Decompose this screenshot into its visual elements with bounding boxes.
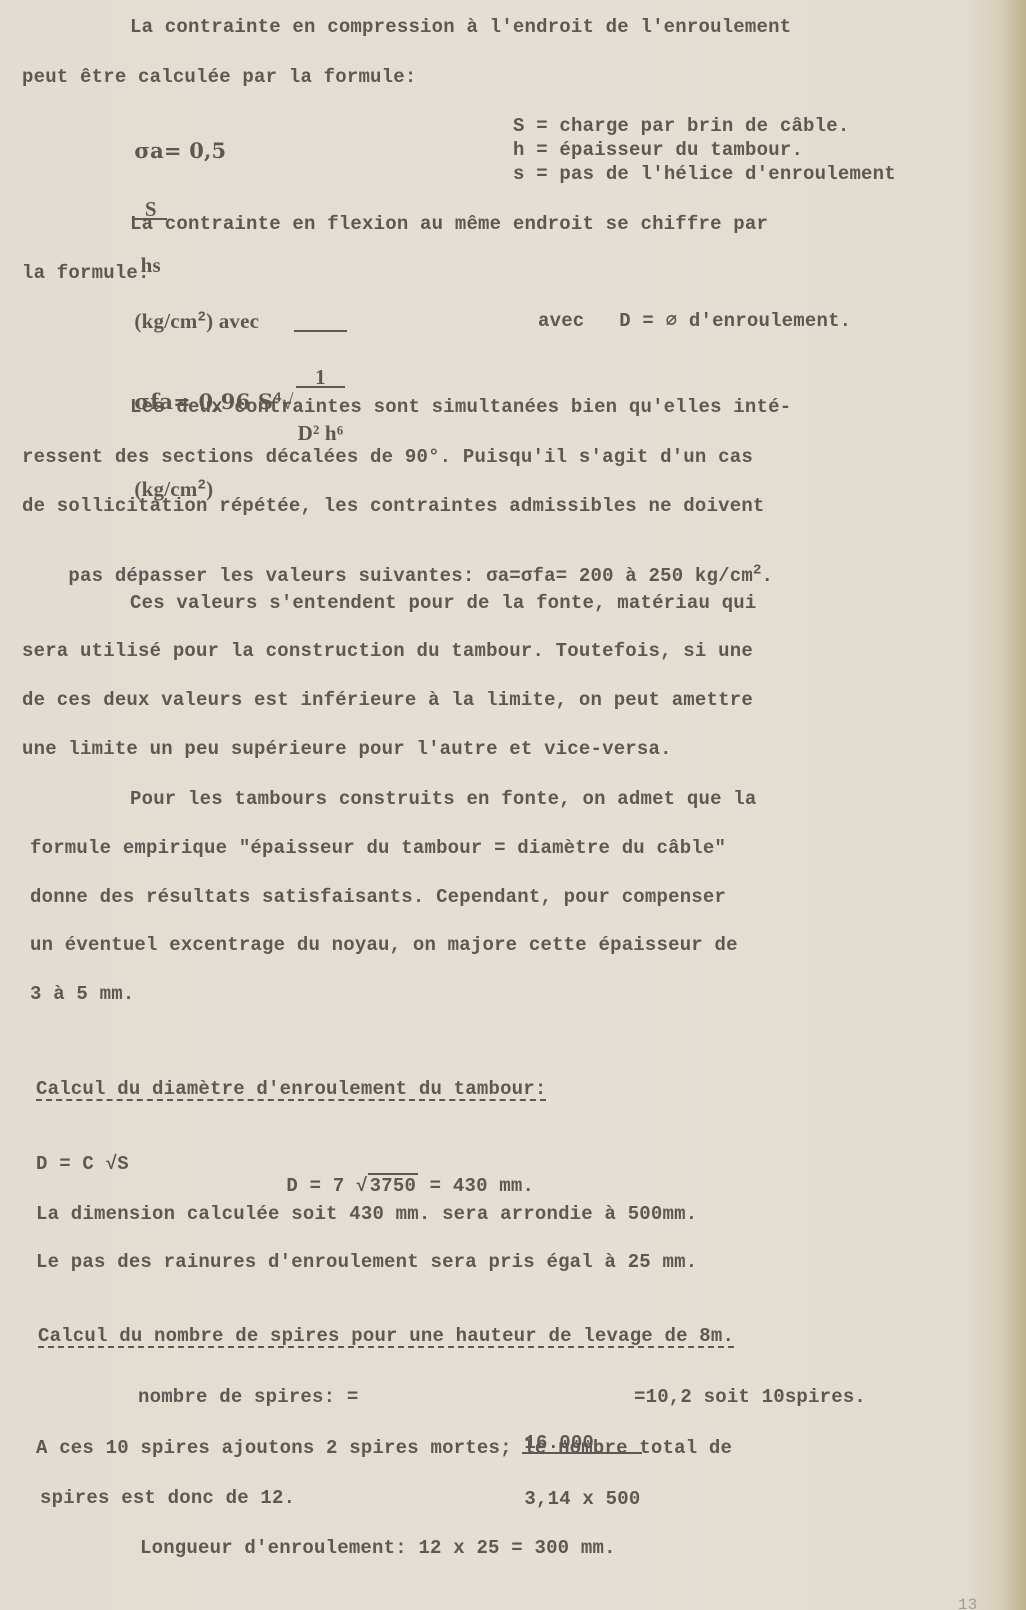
diameter-rounding-text: La dimension calculée soit 430 mm. sera … <box>36 1203 697 1225</box>
paragraph-5-line-2: formule empirique "épaisseur du tambour … <box>30 837 726 859</box>
paragraph-5-line-3: donne des résultats satisfaisants. Cepen… <box>30 886 726 908</box>
formula-diameter-general: D = C √S <box>36 1153 129 1175</box>
paragraph-3-line-3: de sollicitation répétée, les contrainte… <box>22 495 765 517</box>
fraction-denominator: D² h⁶ <box>296 424 346 442</box>
spires-calc-result: =10,2 soit 10spires. <box>634 1386 866 1408</box>
unit-exponent: 2 <box>753 563 762 579</box>
paragraph-5-line-4: un éventuel excentrage du noyau, on majo… <box>30 934 738 956</box>
radicand: 3750 <box>368 1173 418 1197</box>
allowable-stress-text: pas dépasser les valeurs suivantes: σa=σ… <box>68 565 753 587</box>
groove-pitch-text: Le pas des rainures d'enroulement sera p… <box>36 1251 697 1273</box>
formula-compression-fraction: S hs <box>134 164 167 310</box>
paragraph-3-line-2: ressent des sections décalées de 90°. Pu… <box>22 446 753 468</box>
page-number: 13 <box>958 1596 977 1610</box>
paragraph-3-line-1: Les deux contraintes sont simultanées bi… <box>130 396 791 418</box>
formula-prefix: D = 7 √ <box>286 1175 367 1197</box>
paragraph-1-line-2: peut être calculée par la formule: <box>22 66 416 88</box>
fraction: 16.000 3,14 x 500 <box>522 1398 642 1544</box>
formula-compression-lhs: σa= 0,5 <box>134 138 226 163</box>
paragraph-5-line-1: Pour les tambours construits en fonte, o… <box>130 788 757 810</box>
fraction-numerator: 1 <box>296 368 346 388</box>
paragraph-4-line-3: de ces deux valeurs est inférieure à la … <box>22 689 753 711</box>
paragraph-4-line-1: Ces valeurs s'entendent pour de la fonte… <box>130 592 757 614</box>
period: . <box>762 565 774 587</box>
fraction-denominator: 3,14 x 500 <box>522 1490 642 1508</box>
document-page: La contrainte en compression à l'endroit… <box>0 0 1026 1610</box>
paragraph-4-line-4: une limite un peu supérieure pour l'autr… <box>22 738 672 760</box>
paragraph-2-line-1: La contrainte en flexion au même endroit… <box>130 213 768 235</box>
spires-calc-label: nombre de spires: = <box>138 1386 358 1408</box>
section-heading-spires: Calcul du nombre de spires pour une haut… <box>38 1325 734 1347</box>
paragraph-5-line-5: 3 à 5 mm. <box>30 983 134 1005</box>
definition-D: avec D = ∅ d'enroulement. <box>538 310 851 332</box>
paragraph-1-line-1: La contrainte en compression à l'endroit… <box>130 16 791 38</box>
formula-result: = 430 mm. <box>418 1175 534 1197</box>
section-heading-diameter: Calcul du diamètre d'enroulement du tamb… <box>36 1078 546 1100</box>
unit-exponent: 2 <box>197 478 206 494</box>
total-spires-text: spires est donc de 12. <box>40 1487 295 1509</box>
dead-spires-text: A ces 10 spires ajoutons 2 spires mortes… <box>36 1437 732 1459</box>
definition-S: S = charge par brin de câble. <box>513 115 849 137</box>
definition-s: s = pas de l'hélice d'enroulement <box>513 163 896 185</box>
definition-h: h = épaisseur du tambour. <box>513 139 803 161</box>
paragraph-4-line-2: sera utilisé pour la construction du tam… <box>22 640 753 662</box>
winding-length-text: Longueur d'enroulement: 12 x 25 = 300 mm… <box>140 1537 616 1559</box>
paragraph-2-line-2: la formule: <box>22 262 150 284</box>
